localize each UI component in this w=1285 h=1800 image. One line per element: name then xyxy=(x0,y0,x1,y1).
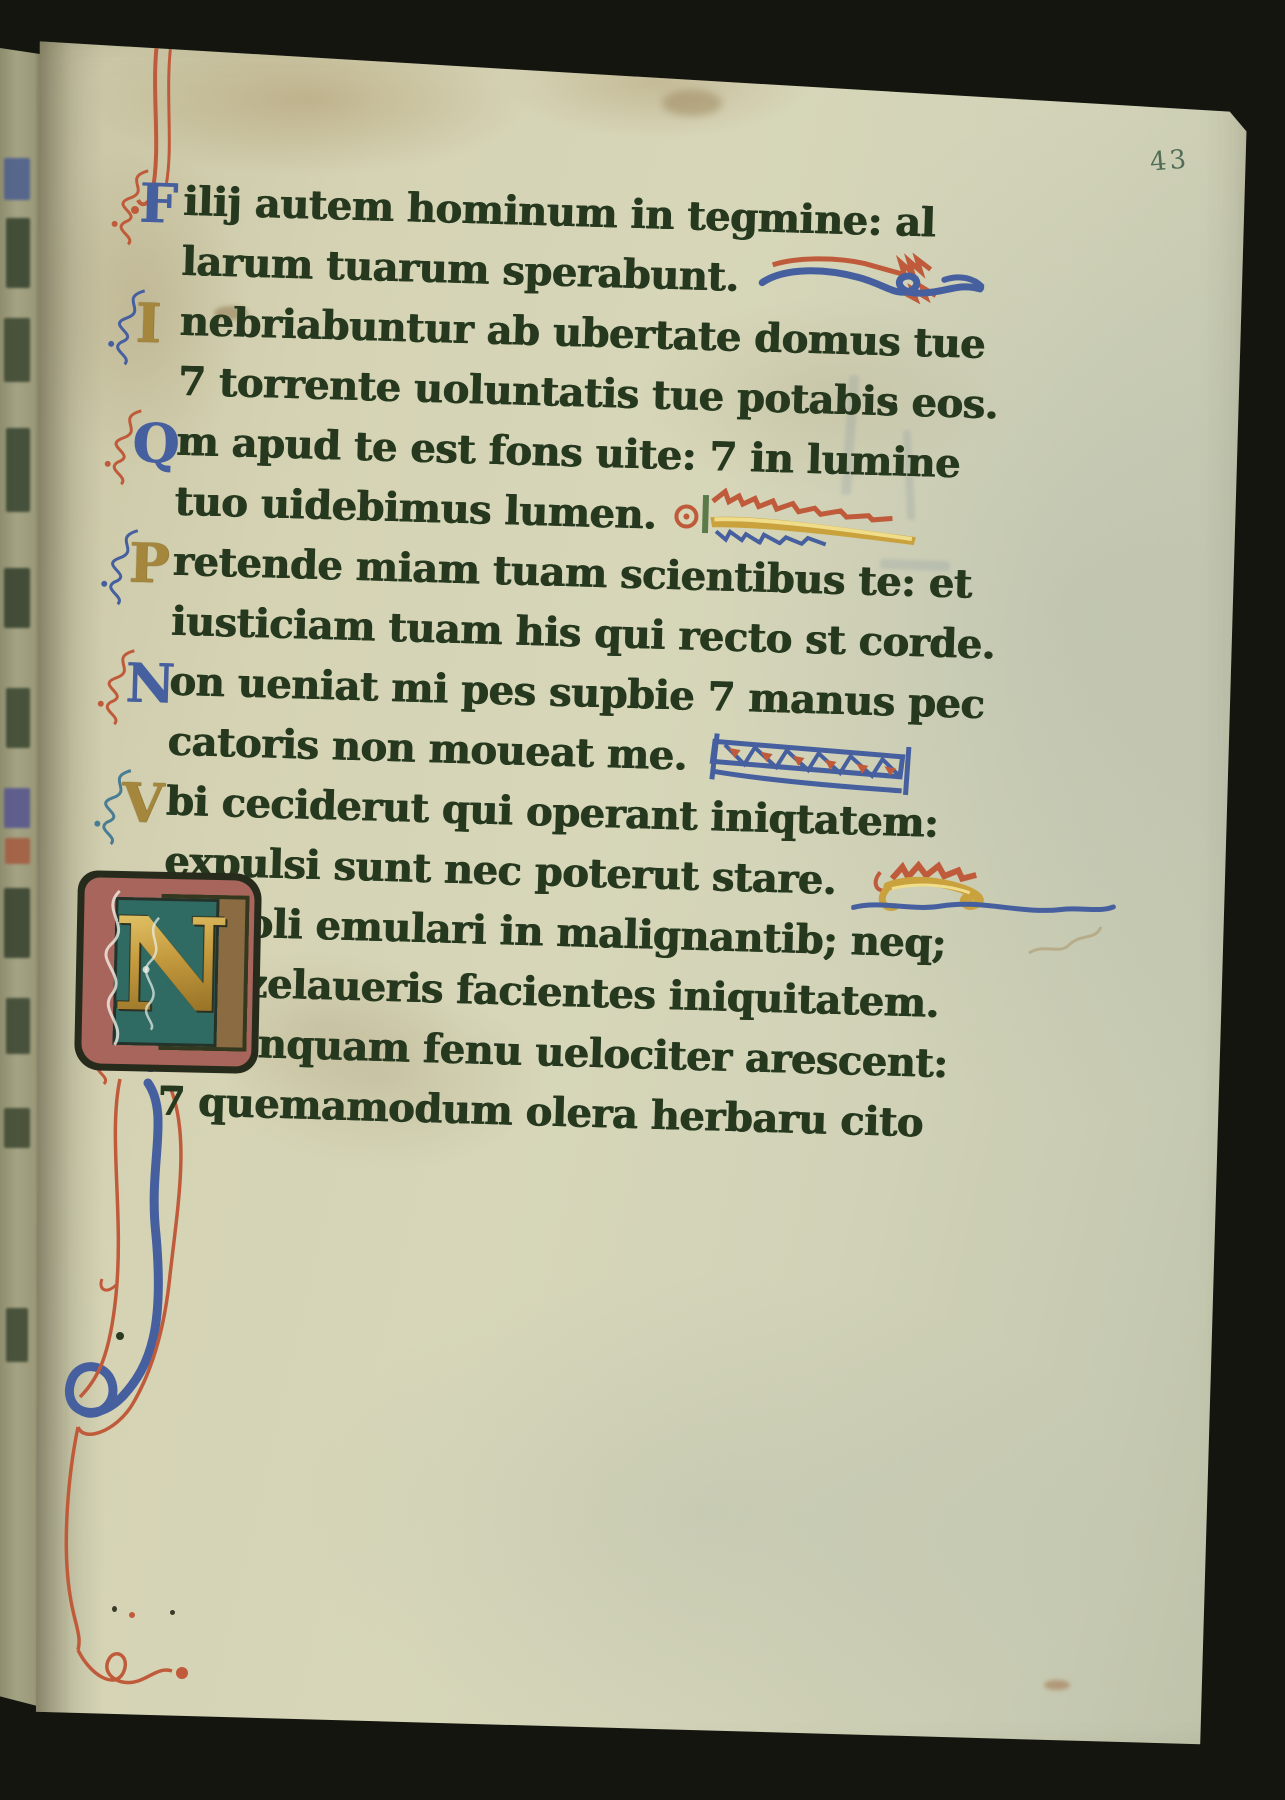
illuminated-initial: Q xyxy=(109,410,177,476)
prev-page-text-fragment xyxy=(4,1108,30,1148)
illuminated-initial: V xyxy=(99,770,167,836)
prev-page-text-fragment xyxy=(6,688,30,748)
prev-page-text-fragment xyxy=(6,428,30,512)
stain xyxy=(662,90,722,116)
prev-page-text-fragment xyxy=(4,568,30,628)
prev-page-text-fragment xyxy=(4,158,30,200)
prev-page-text-fragment xyxy=(6,1308,28,1362)
filigree-white-icon xyxy=(127,911,176,1032)
prev-page-text-fragment xyxy=(5,838,30,864)
prev-page-text-fragment xyxy=(6,218,30,288)
prev-page-text-fragment xyxy=(4,888,30,958)
large-illuminated-initial-N: N xyxy=(74,870,262,1074)
vellum-page: 43 Filij autem hominum in tegmine: al la… xyxy=(0,0,1285,1800)
manuscript-photo: 43 Filij autem hominum in tegmine: al la… xyxy=(0,0,1285,1800)
prev-page-text-fragment xyxy=(6,998,30,1054)
line-filler-goldbar-icon xyxy=(671,486,923,559)
prev-page-text-fragment xyxy=(4,318,30,382)
line-filler-scroll-icon xyxy=(754,248,986,317)
illuminated-initial: F xyxy=(116,170,184,236)
illuminated-initial: N xyxy=(103,650,171,716)
prev-page-text-fragment xyxy=(4,788,30,828)
illuminated-initial: I xyxy=(113,290,181,356)
illuminated-initial: P xyxy=(106,530,174,596)
pen-flourish-tail-icon xyxy=(20,1075,250,1725)
stain xyxy=(1044,1680,1070,1690)
folio-number: 43 xyxy=(1149,144,1191,177)
